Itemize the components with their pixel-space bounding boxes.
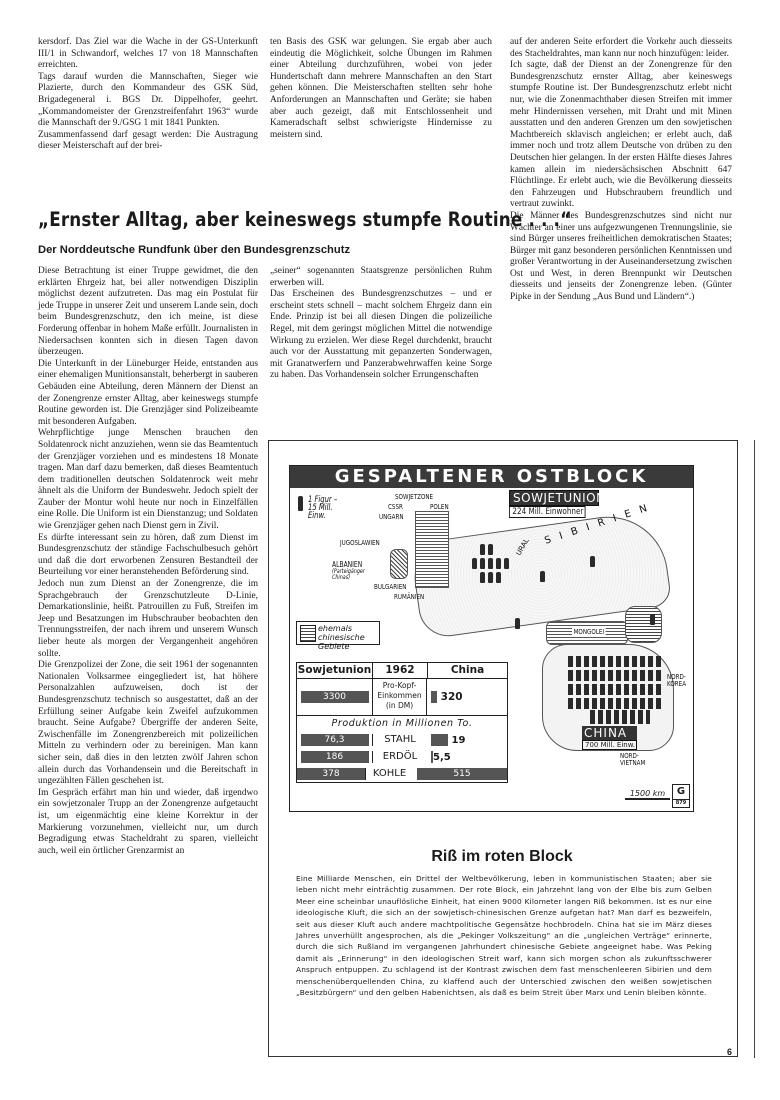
- person-figure-icon: [650, 614, 655, 625]
- sidebar-story-title: Riß im roten Block: [268, 848, 736, 866]
- person-figure-icon: [488, 544, 493, 555]
- column-rule: [754, 440, 755, 1058]
- china-population-figures-icon: [590, 710, 650, 724]
- person-figure-icon: [480, 558, 485, 569]
- label-mongolei: MONGOLEI: [572, 628, 606, 636]
- paragraph: Die Männer des Bundesgrenzschutzes sind …: [510, 211, 732, 304]
- income-china-value: 320: [441, 691, 463, 703]
- person-figure-icon: [472, 558, 477, 569]
- oil-china-value: 5,5: [433, 752, 451, 763]
- paragraph: auf der anderen Seite erfordert die Vork…: [510, 37, 732, 60]
- coal-ussr-bar: 378: [297, 768, 365, 780]
- china-name: CHINA: [582, 726, 637, 740]
- article-column-1: Diese Betrachtung ist einer Truppe gewid…: [38, 266, 258, 857]
- ussr-callout: SOWJETUNION 224 Mill. Einwohner: [509, 490, 599, 518]
- label-jugoslawien: JUGOSLAWIEN: [340, 539, 380, 547]
- yugoslavia-landmass: [390, 549, 408, 579]
- continuation-column-2: ten Basis des GSK war gelungen. Sie erga…: [270, 37, 492, 141]
- logo-letter: G: [677, 786, 685, 797]
- article-subheadline: Der Norddeutsche Rundfunk über den Bunde…: [38, 244, 350, 256]
- label-bulgarien: BULGARIEN: [374, 583, 407, 591]
- person-figure-icon: [496, 572, 501, 583]
- coal-label: KOHLE: [366, 768, 413, 779]
- person-figure-icon: [590, 556, 595, 567]
- column-header-year: 1962: [373, 663, 428, 678]
- china-population-figures-icon: [568, 654, 663, 709]
- paragraph: Die Grenzpolizei der Zone, die seit 1961…: [38, 660, 258, 788]
- label-polen: POLEN: [430, 503, 449, 511]
- label-nordvietnam: NORD-VIETNAM: [620, 753, 638, 767]
- person-figure-icon: [480, 572, 485, 583]
- label-nordkorea: NORD-KOREA: [667, 674, 685, 688]
- person-figure-icon: [488, 572, 493, 583]
- ussr-name: SOWJETUNION: [509, 490, 599, 506]
- article-column-3: auf der anderen Seite erfordert die Vork…: [510, 37, 732, 304]
- paragraph: Es dürfte interessant sein zu hören, daß…: [38, 533, 258, 579]
- map-scale: 1500 km: [625, 789, 670, 800]
- comparison-table: Sowjetunion 1962 China 3300 Pro-Kopf- Ei…: [296, 662, 508, 783]
- income-row: 3300 Pro-Kopf- Einkommen (in DM) 320: [297, 679, 507, 715]
- paragraph: Ich sagte, daß der Dienst an der Zonengr…: [510, 60, 732, 211]
- logo-number: 879: [673, 799, 689, 807]
- label-sowjetzone: SOWJETZONE: [395, 493, 433, 501]
- paragraph: Tags darauf wurden die Mannschaften, Sie…: [38, 72, 258, 130]
- paragraph: Das Erscheinen des Bundesgrenzschutzes –…: [270, 289, 492, 382]
- person-figure-icon: [496, 558, 501, 569]
- person-figure-icon: [488, 558, 493, 569]
- coal-china-bar: 515: [417, 768, 507, 780]
- paragraph: Im Gespräch erfährt man hin und wieder, …: [38, 788, 258, 858]
- column-header-ussr: Sowjetunion: [297, 663, 373, 678]
- steel-row: 76,3 STAHL 19: [297, 731, 507, 748]
- oil-label: ERDÖL: [373, 751, 427, 762]
- person-figure-icon: [480, 544, 485, 555]
- steel-label: STAHL: [373, 734, 427, 745]
- income-unit: (in DM): [373, 701, 426, 711]
- income-china-bar: [431, 691, 437, 703]
- oil-ussr-bar: 186: [301, 751, 369, 763]
- page-number: 6: [727, 1047, 732, 1057]
- oil-row: 186 ERDÖL 5,5: [297, 748, 507, 765]
- eastern-europe-landmass: [415, 511, 449, 588]
- paragraph: ten Basis des GSK war gelungen. Sie erga…: [270, 37, 492, 141]
- person-figure-icon: [515, 618, 520, 629]
- column-header-china: China: [428, 663, 507, 678]
- income-ussr-bar: 3300: [301, 691, 369, 703]
- paragraph: Die Unterkunft in der Lüneburger Heide, …: [38, 359, 258, 429]
- ussr-population: 224 Mill. Einwohner: [509, 506, 586, 518]
- label-albanien-note: (Parteigänger Chinas): [332, 569, 364, 581]
- paragraph: Wehrpflichtige junge Menschen brauchen d…: [38, 428, 258, 532]
- hatched-swatch-icon: [300, 625, 316, 642]
- hatched-area-legend: ehemals chinesische Gebiete: [296, 621, 380, 645]
- paragraph: Diese Betrachtung ist einer Truppe gewid…: [38, 266, 258, 359]
- person-figure-icon: [540, 571, 545, 582]
- label-rumanien: RUMÄNIEN: [394, 593, 424, 601]
- hatched-legend-label: ehemals chinesische Gebiete: [318, 624, 379, 651]
- figure-legend: 1 Figur –15 Mill. Einw.: [308, 496, 340, 520]
- coal-row: 378 KOHLE 515: [297, 765, 507, 782]
- sidebar-story-text: Eine Milliarde Menschen, ein Drittel der…: [296, 873, 712, 998]
- income-label: Einkommen: [373, 691, 426, 701]
- paragraph: kersdorf. Das Ziel war die Wache in der …: [38, 37, 258, 72]
- map-title: GESPALTENER OSTBLOCK: [290, 466, 693, 488]
- person-figure-icon: [298, 496, 303, 511]
- china-callout: CHINA 700 Mill. Einw.: [582, 726, 637, 750]
- article-headline: „Ernster Alltag, aber keineswegs stumpfe…: [38, 208, 442, 231]
- income-label: Pro-Kopf-: [373, 681, 426, 691]
- paragraph: „seiner“ sogenannten Staatsgrenze persön…: [270, 266, 492, 289]
- continuation-column-1: kersdorf. Das Ziel war die Wache in der …: [38, 37, 258, 153]
- person-figure-icon: [504, 558, 509, 569]
- paragraph: Zusammenfassend darf gesagt werden: Die …: [38, 130, 258, 153]
- production-section-label: Produktion in Millionen To.: [297, 715, 507, 731]
- paragraph: Jedoch nun zum Dienst an der Zonengrenze…: [38, 579, 258, 660]
- steel-china-value: 19: [451, 735, 465, 746]
- label-cssr: CSSR: [388, 503, 403, 511]
- ostblock-map: GESPALTENER OSTBLOCK 1 Figur –15 Mill. E…: [289, 465, 694, 812]
- label-ungarn: UNGARN: [379, 513, 404, 521]
- publisher-logo-icon: G 879: [672, 784, 690, 808]
- former-chinese-territory: [625, 606, 662, 643]
- steel-ussr-bar: 76,3: [301, 734, 369, 746]
- steel-china-bar: [431, 734, 448, 746]
- article-column-2: „seiner“ sogenannten Staatsgrenze persön…: [270, 266, 492, 382]
- china-population: 700 Mill. Einw.: [582, 740, 637, 750]
